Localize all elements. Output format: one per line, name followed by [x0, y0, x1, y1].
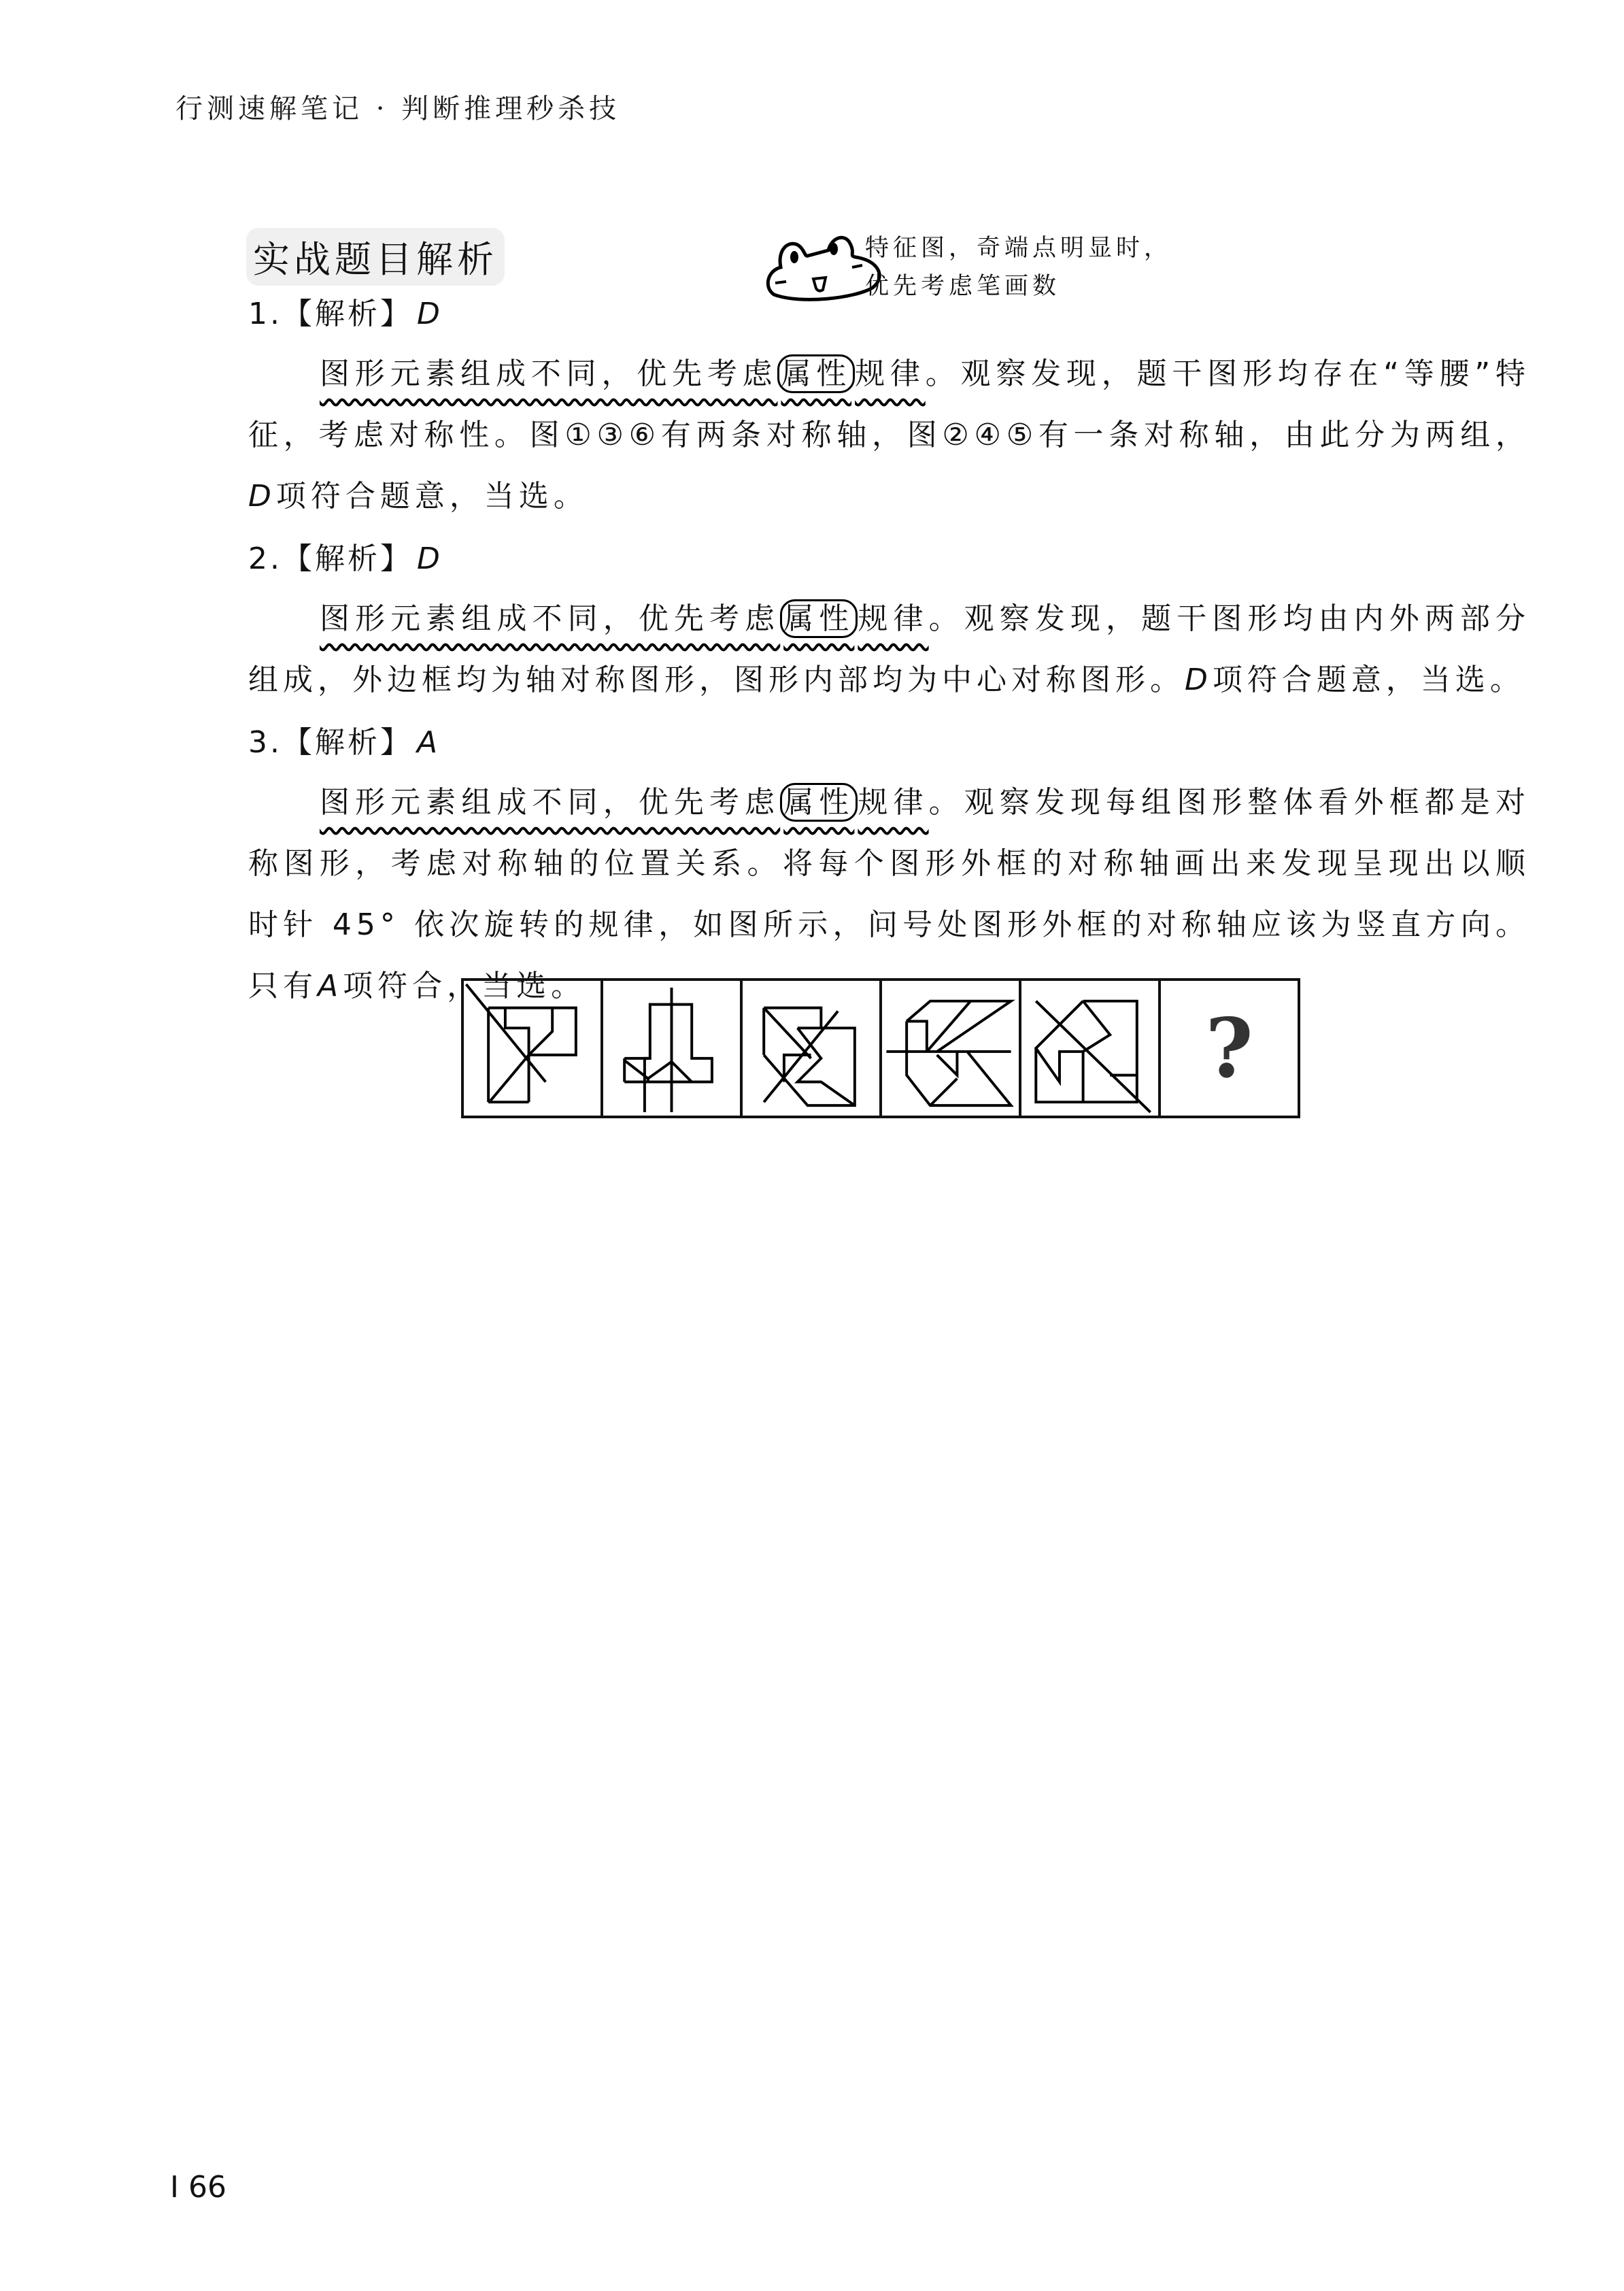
question-1-heading: 1.【解析】D — [248, 289, 443, 333]
figure-cell-6-question: ? — [1161, 981, 1298, 1116]
answer-letter: A — [417, 725, 440, 760]
key-phrase: 图形元素组成不同，优先考虑属性规律 — [320, 599, 929, 638]
analysis-label: 【解析】 — [282, 725, 413, 760]
side-note-line2: 优先考虑笔画数 — [865, 267, 1172, 305]
question-2-analysis: 图形元素组成不同，优先考虑属性规律。观察发现，题干图形均由内外两部分组成，外边框… — [248, 588, 1530, 711]
circled-keyword: 属性 — [777, 354, 855, 393]
circled-keyword: 属性 — [780, 599, 858, 638]
question-3-heading: 3.【解析】A — [248, 718, 440, 761]
circled-keyword: 属性 — [780, 783, 858, 822]
question-mark: ? — [1205, 1001, 1253, 1097]
book-title: 行测速解笔记 — [175, 93, 363, 124]
side-note: 特征图，奇端点明显时， 优先考虑笔画数 — [865, 229, 1172, 305]
page-number: I 66 — [170, 2170, 226, 2205]
figure-cell-3 — [743, 981, 882, 1116]
question-number: 3. — [248, 725, 282, 760]
figure-cell-1 — [464, 981, 603, 1116]
question-number: 2. — [248, 541, 282, 576]
question-1-analysis: 图形元素组成不同，优先考虑属性规律。观察发现，题干图形均存在“等腰”特征，考虑对… — [248, 344, 1530, 527]
figure-cell-5 — [1021, 981, 1161, 1116]
header-separator: · — [376, 93, 389, 124]
key-phrase: 图形元素组成不同，优先考虑属性规律 — [320, 783, 929, 822]
analysis-label: 【解析】 — [282, 297, 413, 331]
figure-sequence: ? — [461, 978, 1300, 1118]
key-phrase: 图形元素组成不同，优先考虑属性规律 — [320, 354, 926, 393]
question-number: 1. — [248, 297, 282, 331]
answer-letter: D — [417, 297, 443, 331]
answer-letter: D — [417, 541, 443, 576]
figure-cell-4 — [882, 981, 1021, 1116]
analysis-label: 【解析】 — [282, 541, 413, 576]
running-header: 行测速解笔记 · 判断推理秒杀技 — [175, 87, 620, 126]
question-2-heading: 2.【解析】D — [248, 534, 443, 578]
section-title: 实战题目解析 — [246, 228, 505, 286]
figure-cell-2 — [603, 981, 743, 1116]
chapter-title: 判断推理秒杀技 — [401, 93, 620, 124]
side-note-line1: 特征图，奇端点明显时， — [865, 229, 1172, 267]
